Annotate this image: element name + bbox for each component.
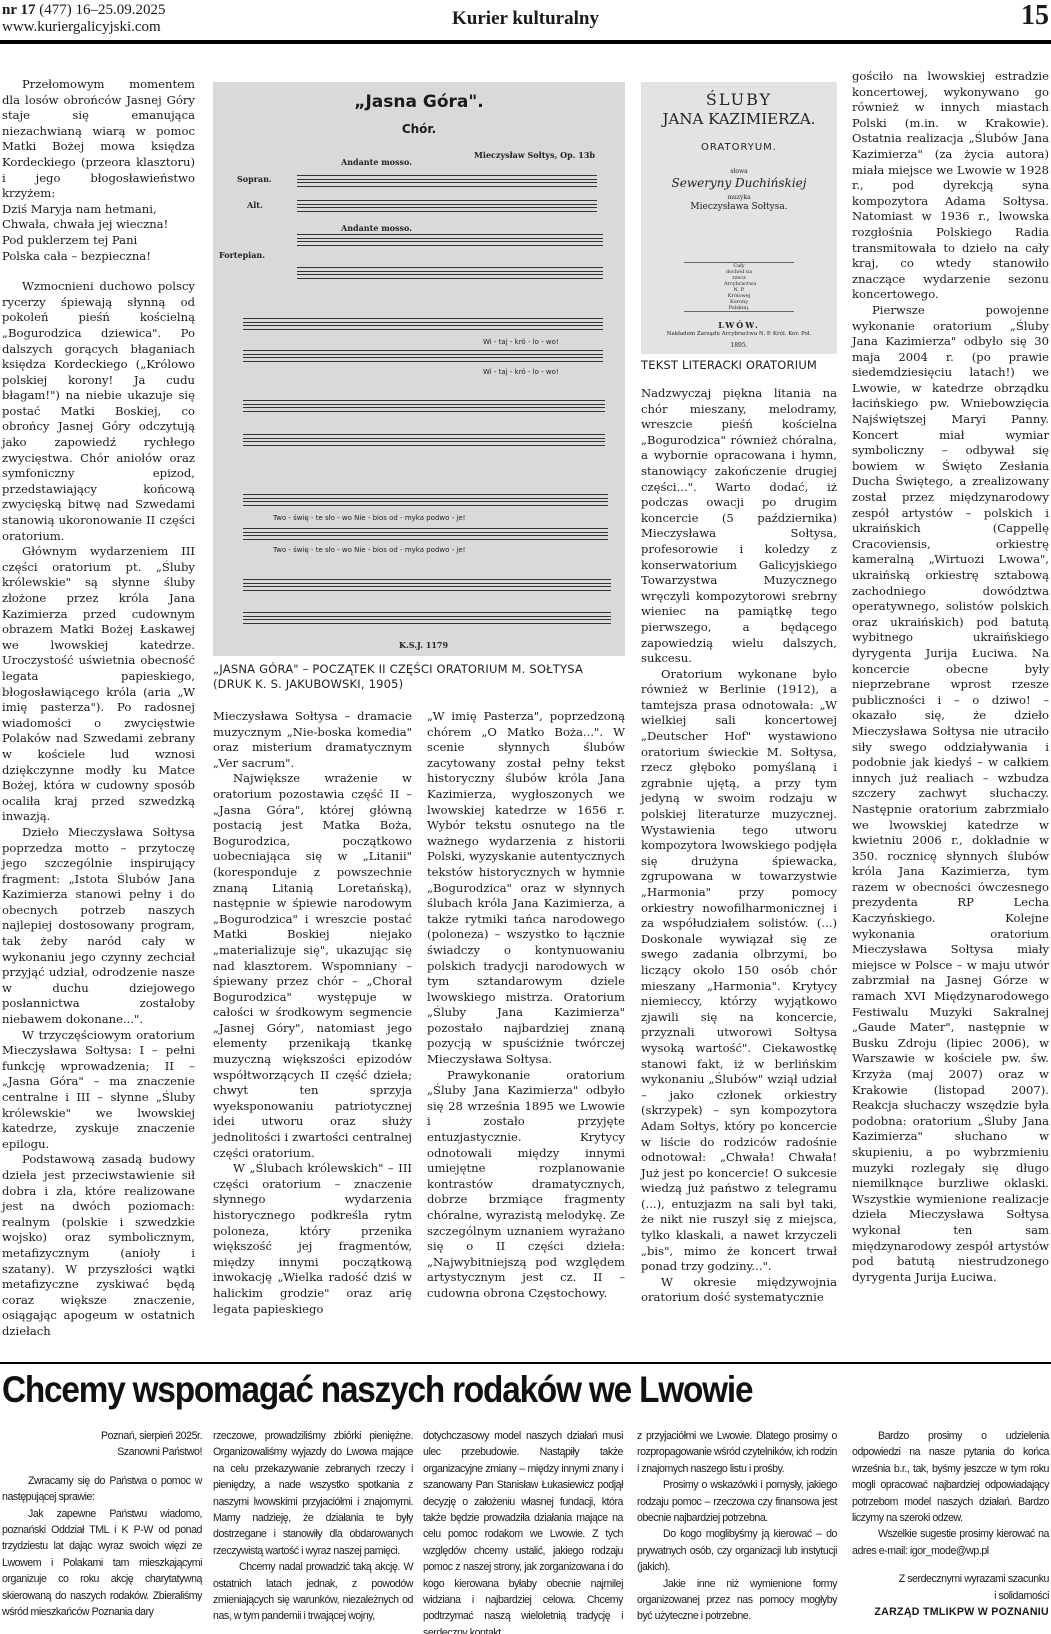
poem-line: Dziś Maryja nam hetmani,: [2, 202, 195, 218]
lyrics: Two - świę - te sło - wo Nie - bios od -…: [273, 514, 465, 522]
paragraph: W trzyczęściowym oratorium Mieczysława S…: [2, 1028, 195, 1153]
book-title-2: JANA KAZIMIERZA.: [641, 110, 837, 128]
paragraph: Oratorium wykonane było również w Berlin…: [641, 667, 837, 1275]
paragraph: dotychczasowy model naszych działań musi…: [423, 1428, 623, 1634]
paragraph: Dzieło Mieczysława Sołtysa poprzedza mot…: [2, 825, 195, 1028]
staff: [243, 579, 611, 591]
tempo-marking: Andante mosso.: [341, 223, 412, 233]
book-genre: ORATORYUM.: [641, 142, 837, 153]
appeal-column-3: dotychczasowy model naszych działań musi…: [423, 1428, 623, 1634]
lyrics: Two - świę - te sło - wo Nie - bios od -…: [273, 546, 465, 554]
plate-number: K.S.J. 1179: [399, 640, 448, 650]
article-column-1: Przełomowym momentem dla losów obrońców …: [2, 77, 195, 1340]
appeal-headline: Chcemy wspomagać naszych rodaków we Lwow…: [2, 1369, 752, 1411]
figure-caption: TEKST LITERACKI ORATORIUM: [641, 358, 837, 373]
poem-line: Chwała, chwała jej wieczna!: [2, 217, 195, 233]
article-column-5: gościło na lwowskiej estradzie koncertow…: [852, 69, 1049, 1285]
paragraph: Pierwsze powojenne wykonanie oratorium „…: [852, 303, 1049, 1285]
section-title: Kurier kulturalny: [0, 8, 1051, 30]
figure-caption: „JASNA GÓRA" – POCZĄTEK II CZĘŚCI ORATOR…: [213, 662, 625, 692]
paragraph: Prawykonanie oratorium „Śluby Jana Kazim…: [427, 1068, 625, 1302]
tempo-marking: Andante mosso.: [341, 157, 412, 167]
book-publisher: Nakładem Zarządu Arcybractwa N. P. Król.…: [641, 331, 837, 337]
appeal-column-2: rzeczowe, prowadziliśmy zbiórki pieniężn…: [213, 1428, 413, 1625]
appeal-column-5: Bardzo prosimy o udzielenia odpowiedzi n…: [852, 1428, 1049, 1620]
closing-line: i solidarności: [852, 1588, 1049, 1604]
header-divider: [0, 40, 1051, 44]
paragraph: rzeczowe, prowadziliśmy zbiórki pieniężn…: [213, 1428, 413, 1559]
paragraph: Prosimy o wskazówki i pomysły, jakiego r…: [637, 1477, 837, 1526]
article-column-4: Nadzwyczaj piękna litania na chór miesza…: [641, 386, 837, 1306]
staff: [243, 318, 603, 330]
closing-line: Z serdecznymi wyrazami szacunku: [852, 1571, 1049, 1587]
composer-credit: Mieczysław Sołtys, Op. 13b: [474, 150, 595, 160]
book-title-1: ŚLUBY: [641, 90, 837, 109]
paragraph: W „Ślubach królewskich" – III części ora…: [213, 1161, 412, 1317]
poem-line: Pod puklerzem tej Pani: [2, 233, 195, 249]
signature: ZARZĄD TMLIKPW W POZNANIU: [852, 1604, 1049, 1620]
score-title: „Jasna Góra".: [213, 92, 625, 112]
staff: [297, 175, 597, 187]
paragraph: gościło na lwowskiej estradzie koncertow…: [852, 69, 1049, 303]
paragraph: Jakie inne niż wymienione formy organizo…: [637, 1576, 837, 1625]
article-column-3: „W imię Pasterza", poprzedzoną chórem „O…: [427, 709, 625, 1302]
staff: [297, 267, 603, 279]
part-label: Fortepian.: [219, 250, 265, 260]
paragraph: Zwracamy się do Państwa o pomoc w następ…: [2, 1473, 202, 1506]
book-cover-image: ŚLUBY JANA KAZIMIERZA. ORATORYUM. słowa …: [641, 82, 837, 354]
contact-paragraph: Wszelkie sugestie prosimy kierować na ad…: [852, 1526, 1049, 1559]
staff: [297, 234, 603, 246]
paragraph: Największe wrażenie w oratorium pozostaw…: [213, 771, 412, 1161]
paragraph: Jak zapewne Państwu wiadomo, poznański O…: [2, 1506, 202, 1621]
place-date: Poznań, sierpień 2025r.: [2, 1428, 202, 1444]
article-column-2: Mieczysława Sołtysa – dramacie muzycznym…: [213, 709, 412, 1317]
page-number: 15: [1021, 0, 1049, 32]
lyrics: Wi - taj - kró - lo - wo!: [483, 338, 559, 346]
part-label: Alt.: [247, 200, 263, 210]
paragraph: Mieczysława Sołtysa – dramacie muzycznym…: [213, 709, 412, 771]
paragraph: Przełomowym momentem dla losów obrońców …: [2, 77, 195, 202]
staff: [297, 200, 597, 212]
salutation: Szanowni Państwo!: [2, 1444, 202, 1460]
book-note: Cały dochód na rzecz Arcybractwa N. P. K…: [684, 262, 794, 312]
part-label: Sopran.: [237, 174, 272, 184]
section-divider: [0, 1362, 1051, 1364]
paragraph: Do kogo moglibyśmy ją kierować – do pryw…: [637, 1526, 837, 1575]
poem-line: Polska cała – bezpieczna!: [2, 249, 195, 265]
appeal-column-1: Poznań, sierpień 2025r. Szanowni Państwo…: [2, 1428, 202, 1620]
lyrics: Wi - taj - kró - lo - wo!: [483, 368, 559, 376]
page-header: nr 17 (477) 16–25.09.2025 www.kuriergali…: [0, 0, 1051, 44]
paragraph: Podstawową zasadą budowy dzieła jest prz…: [2, 1152, 195, 1339]
book-music-label: muzyka: [641, 194, 837, 201]
paragraph: Głównym wydarzeniem III części oratorium…: [2, 544, 195, 825]
book-composer: Mieczysława Sołtysa.: [641, 202, 837, 212]
paragraph: W okresie międzywojnia oratorium dość sy…: [641, 1275, 837, 1306]
paragraph: Wzmocnieni duchowo polscy rycerzy śpiewa…: [2, 279, 195, 544]
book-year: 1895.: [641, 342, 837, 349]
staff: [243, 434, 605, 446]
paragraph: Nadzwyczaj piękna litania na chór miesza…: [641, 386, 837, 667]
book-author: Seweryny Duchińskiej: [641, 176, 837, 190]
score-subtitle: Chór.: [213, 122, 625, 136]
paragraph: Bardzo prosimy o udzielenia odpowiedzi n…: [852, 1428, 1049, 1526]
appeal-column-4: z przyjaciółmi we Lwowie. Dlatego prosim…: [637, 1428, 837, 1625]
paragraph: Chcemy nadal prowadzić taką akcję. W ost…: [213, 1559, 413, 1625]
sheet-music-image: „Jasna Góra". Chór. Andante mosso. Miecz…: [213, 82, 625, 656]
paragraph: z przyjaciółmi we Lwowie. Dlatego prosim…: [637, 1428, 837, 1477]
book-city: LWÓW.: [641, 320, 837, 330]
staff: [243, 612, 611, 624]
book-words-label: słowa: [641, 168, 837, 175]
staff: [243, 528, 608, 540]
staff: [243, 400, 605, 412]
staff: [243, 494, 608, 506]
staff: [243, 350, 603, 362]
paragraph: „W imię Pasterza", poprzedzoną chórem „O…: [427, 709, 625, 1068]
